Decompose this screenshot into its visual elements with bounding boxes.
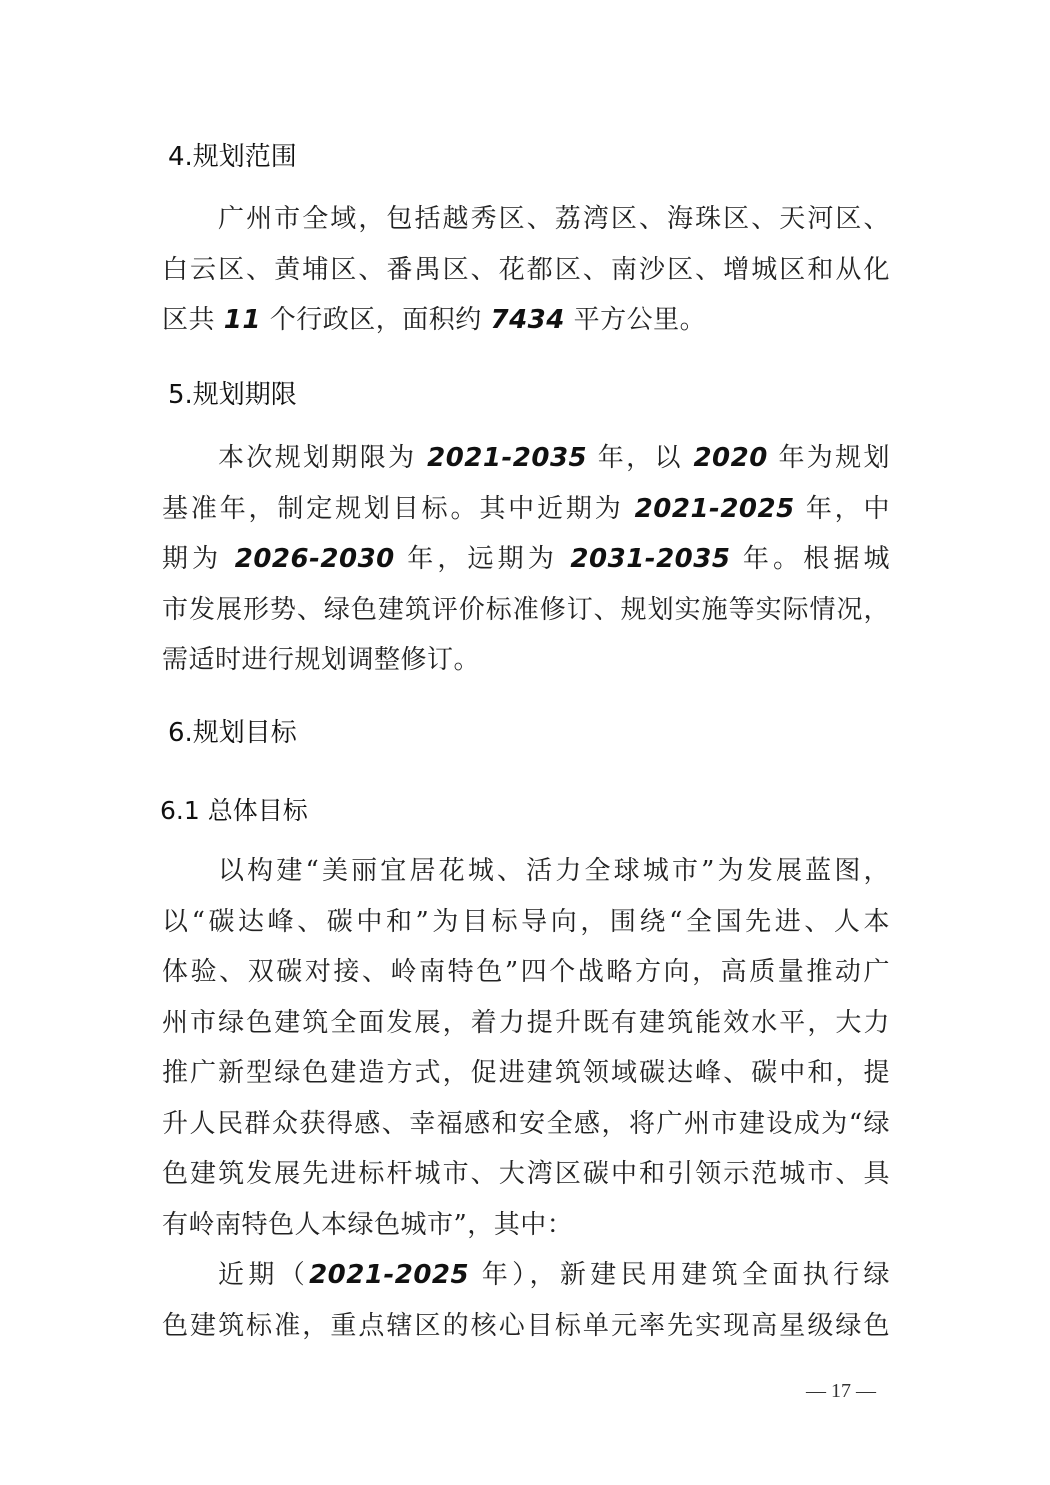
- text-line: 色建筑发展先进标杆城市、大湾区碳中和引领示范城市、具: [162, 1149, 890, 1200]
- text-line: 体验、双碳对接、岭南特色”四个战略方向，高质量推动广: [162, 947, 890, 998]
- numeric-value: 2021-2025: [309, 1260, 469, 1290]
- numeric-value: 2021-2025: [635, 494, 795, 524]
- page-number: — 17 —: [806, 1378, 896, 1404]
- text-line: 有岭南特色人本绿色城市”，其中：: [162, 1200, 890, 1251]
- text-line: 升人民群众获得感、幸福感和安全感，将广州市建设成为“绿: [162, 1099, 890, 1150]
- text-line: 区共 11 个行政区，面积约 7434 平方公里。: [162, 295, 890, 346]
- section-heading-goals: 6.规划目标: [168, 718, 297, 748]
- paragraph-overall-goal: 以构建“美丽宜居花城、活力全球城市”为发展蓝图， 以“碳达峰、碳中和”为目标导向…: [162, 846, 890, 1351]
- paragraph-scope: 广州市全域，包括越秀区、荔湾区、海珠区、天河区、 白云区、黄埔区、番禺区、花都区…: [162, 194, 890, 346]
- text-line: 本次规划期限为 2021-2035 年，以 2020 年为规划: [162, 433, 890, 484]
- text-line: 以“碳达峰、碳中和”为目标导向，围绕“全国先进、人本: [162, 897, 890, 948]
- numeric-value: 11: [224, 305, 261, 335]
- text-line: 期为 2026-2030 年，远期为 2031-2035 年。根据城: [162, 534, 890, 585]
- section-heading-period: 5.规划期限: [168, 380, 297, 410]
- section-heading-scope: 4.规划范围: [168, 142, 297, 172]
- numeric-value: 2020: [693, 443, 767, 473]
- text-line: 市发展形势、绿色建筑评价标准修订、规划实施等实际情况，: [162, 585, 890, 636]
- text-line: 白云区、黄埔区、番禺区、花都区、南沙区、增城区和从化: [162, 245, 890, 296]
- text-line: 基准年，制定规划目标。其中近期为 2021-2025 年，中: [162, 484, 890, 535]
- text-line: 推广新型绿色建造方式，促进建筑领域碳达峰、碳中和，提: [162, 1048, 890, 1099]
- text-line: 需适时进行规划调整修订。: [162, 635, 890, 686]
- text-line: 广州市全域，包括越秀区、荔湾区、海珠区、天河区、: [162, 194, 890, 245]
- numeric-value: 2026-2030: [235, 544, 395, 574]
- numeric-value: 2031-2035: [570, 544, 730, 574]
- text-line: 近期（2021-2025 年），新建民用建筑全面执行绿: [162, 1250, 890, 1301]
- paragraph-period: 本次规划期限为 2021-2035 年，以 2020 年为规划 基准年，制定规划…: [162, 433, 890, 686]
- numeric-value: 7434: [490, 305, 564, 335]
- text-line: 以构建“美丽宜居花城、活力全球城市”为发展蓝图，: [162, 846, 890, 897]
- text-line: 色建筑标准，重点辖区的核心目标单元率先实现高星级绿色: [162, 1301, 890, 1352]
- numeric-value: 2021-2035: [427, 443, 587, 473]
- subsection-heading-overall-goal: 6.1 总体目标: [160, 796, 308, 826]
- text-line: 州市绿色建筑全面发展，着力提升既有建筑能效水平，大力: [162, 998, 890, 1049]
